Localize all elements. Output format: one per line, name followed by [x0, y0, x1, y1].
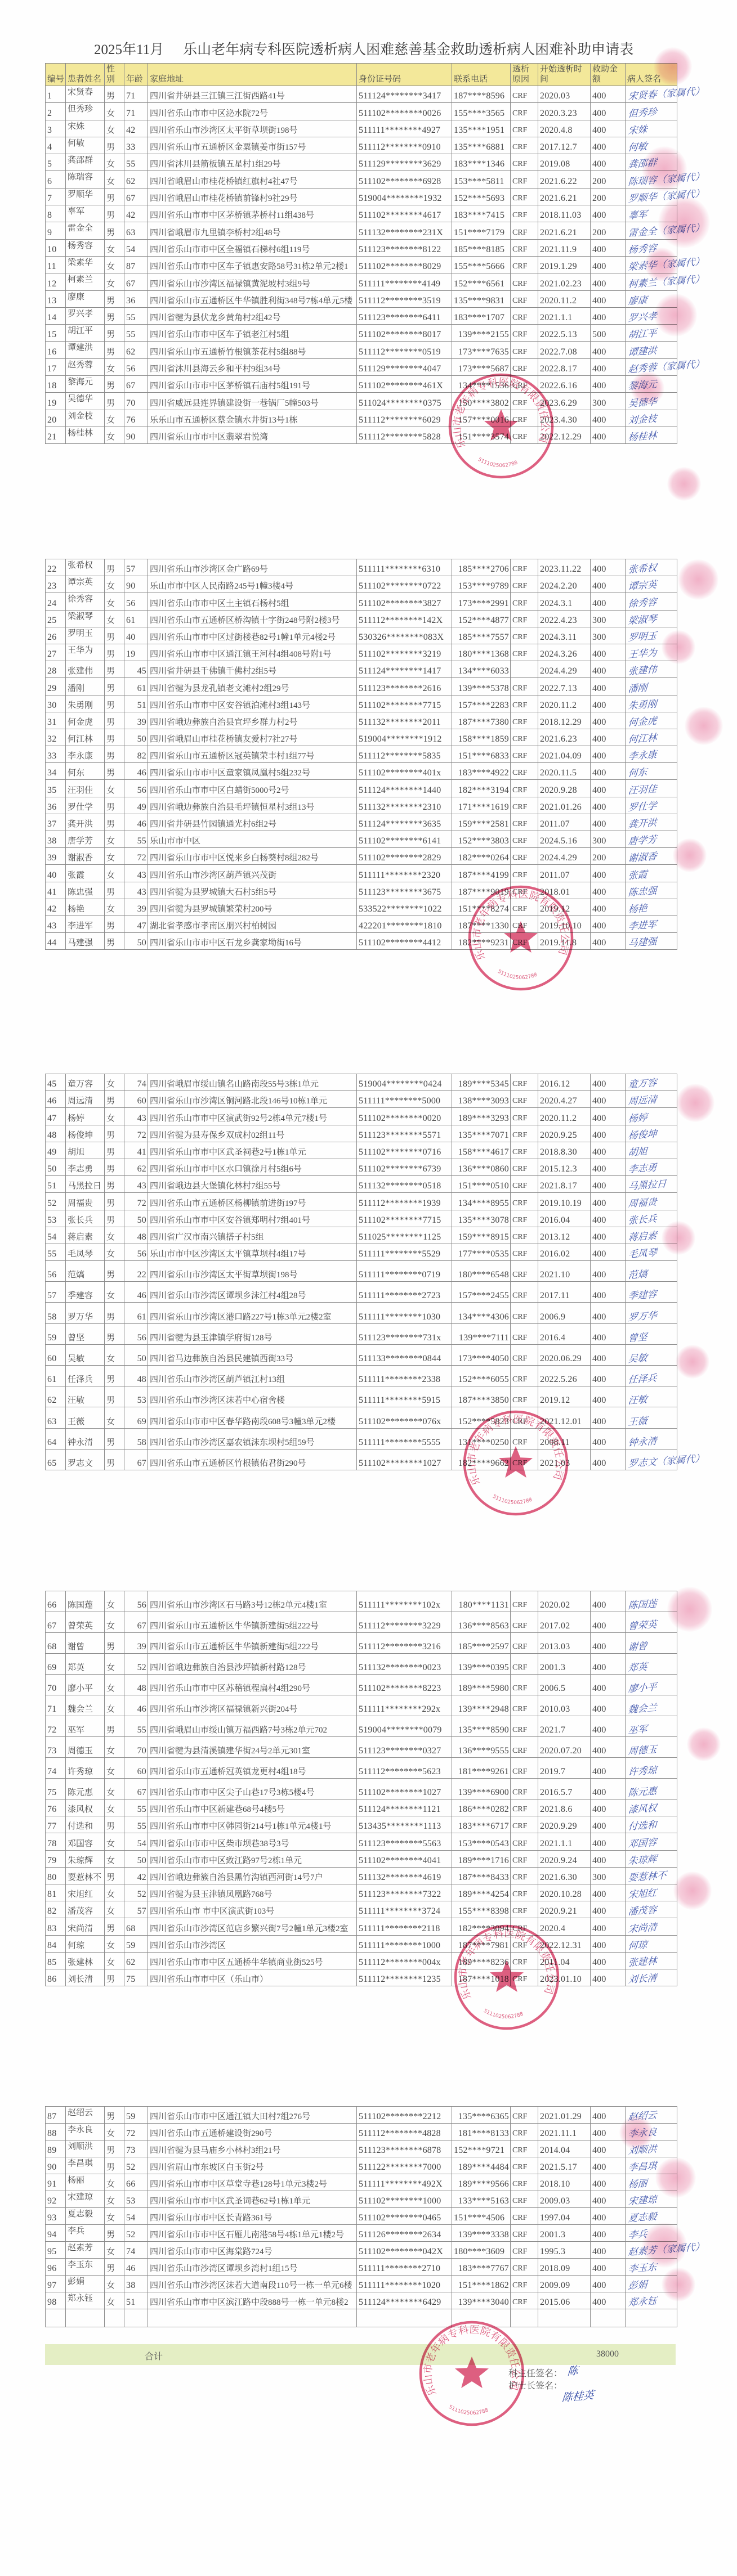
cell-aid-amount: 400: [591, 1344, 626, 1365]
handwritten-signature: 刘顺洪: [628, 2144, 657, 2156]
handwritten-signature: 辜军: [628, 210, 647, 221]
cell-dialysis-reason: CRF: [511, 1074, 538, 1091]
cell-phone: 159****8915: [452, 1227, 511, 1244]
cell-dialysis-reason: CRF: [511, 1244, 538, 1260]
cell-age: 33: [124, 137, 148, 154]
cell-dialysis-reason: CRF: [511, 627, 538, 644]
cell-dialysis-reason: CRF: [511, 2259, 538, 2276]
cell-patient-signature: 辜军: [626, 205, 677, 222]
cell-address: 四川省乐山市中区新建巷68号4楼5号: [148, 1799, 357, 1816]
cell-address: 四川省峨眉山市桂花桥镇前锋村9社29号: [148, 188, 357, 205]
cell-aid-amount: 400: [591, 239, 626, 256]
cell-aid-amount: 400: [591, 1428, 626, 1449]
cell-patient-signature: 雷金全（家属代）: [626, 222, 677, 239]
cell-id-number: 511111********0719: [357, 1261, 452, 1282]
cell-number: 97: [46, 2276, 66, 2292]
cell-gender: 男: [105, 188, 124, 205]
handwritten-signature: 李永康: [628, 751, 657, 762]
cell-start-date: 2023.4.30: [538, 410, 591, 427]
cell-age: 59: [124, 2107, 148, 2124]
cell-id-number: 511102********0465: [357, 2208, 452, 2225]
cell-dialysis-reason: CRF: [511, 1091, 538, 1108]
cell-aid-amount: 400: [591, 1323, 626, 1344]
cell-patient-signature: 龚开洪: [626, 814, 677, 831]
handwritten-signature: 汪羽佳: [628, 784, 657, 796]
cell-age: 74: [124, 1074, 148, 1091]
cell-start-date: 2017.02: [538, 1612, 591, 1633]
cell-gender: 男: [105, 307, 124, 324]
cell-address: 四川省乐山市五通桥冠英镇龙更村4组18号: [148, 1758, 357, 1779]
cell-address: 四川省乐山市市中区过街楼巷82号1幢1单元4楼2号: [148, 627, 357, 644]
svg-text:5111025062788: 5111025062788: [483, 2008, 524, 2020]
header-aid-amount: 救助金额: [591, 64, 626, 86]
cell-address: 四川省乐山市五通桥区冠英镇荣丰村1组77号: [148, 746, 357, 763]
cell-start-date: 2019.12: [538, 899, 591, 915]
cell-gender: 女: [105, 1695, 124, 1716]
cell-aid-amount: 400: [591, 1091, 626, 1108]
table-row: 53张长兵男50四川省乐山市市中区安谷镇郑明村7组401号511102*****…: [46, 1210, 677, 1227]
cell-aid-amount: 400: [591, 1108, 626, 1125]
cell-gender: 男: [105, 2225, 124, 2242]
cell-age: 56: [124, 593, 148, 610]
cell-start-date: 2011.04: [538, 1952, 591, 1969]
cell-phone: 150****3802: [452, 393, 511, 410]
cell-patient-name: 曾坚: [66, 1323, 105, 1344]
handwritten-signature: 李兵: [628, 2230, 647, 2240]
cell-start-date: 2021.5.17: [538, 2157, 591, 2174]
cell-patient-name: 胡江平: [66, 325, 105, 342]
cell-patient-name: 陈瑞容: [66, 171, 105, 188]
cell-id-number: 511111********3724: [357, 1901, 452, 1918]
cell-gender: 男: [105, 695, 124, 712]
cell-gender: 女: [105, 1282, 124, 1303]
handwritten-signature: 李永良: [628, 2128, 657, 2139]
handwritten-signature: 李玉东: [628, 2263, 657, 2274]
cell-start-date: 2018.01: [538, 882, 591, 899]
cell-dialysis-reason: CRF: [511, 120, 538, 137]
cell-patient-signature: 童万容: [626, 1074, 677, 1091]
cell-phone: 151****8274: [452, 899, 511, 915]
cell-patient-name: 朱勇刚: [66, 695, 105, 712]
cell-patient-signature: 梁淑琴: [626, 610, 677, 627]
cell-patient-name: 杨秀容: [66, 239, 105, 256]
cell-gender: 女: [105, 120, 124, 137]
cell-patient-signature: 梁素华（家属代）: [626, 256, 677, 273]
handwritten-signature: 宋尚清: [628, 1923, 657, 1934]
cell-dialysis-reason: CRF: [511, 1675, 538, 1695]
cell-phone: 153****5811: [452, 171, 511, 188]
cell-patient-signature: 宋旭红: [626, 1884, 677, 1901]
cell-number: 80: [46, 1867, 66, 1884]
cell-aid-amount: 300: [591, 831, 626, 848]
cell-patient-signature: 陈元惠: [626, 1779, 677, 1799]
cell-patient-name: 柯素兰: [66, 273, 105, 290]
cell-gender: 男: [105, 205, 124, 222]
cell-patient-name: 郑英: [66, 1654, 105, 1675]
cell-aid-amount: 400: [591, 1449, 626, 1470]
cell-gender: 女: [105, 1850, 124, 1867]
cell-patient-signature: 杨艳: [626, 899, 677, 915]
cell-phone: 187****8433: [452, 1867, 511, 1884]
cell-start-date: 2020.4.27: [538, 1091, 591, 1108]
cell-gender: 男: [105, 393, 124, 410]
cell-id-number: 511102********2212: [357, 2107, 452, 2124]
cell-aid-amount: 400: [591, 695, 626, 712]
cell-id-number: 511111********2723: [357, 1282, 452, 1303]
cell-dialysis-reason: CRF: [511, 307, 538, 324]
cell-address: 四川省乐山市市中区武圣词巷62号1栋1单元: [148, 2191, 357, 2208]
cell-start-date: 2017.11: [538, 1282, 591, 1303]
table-row: 5龚邵群女55四川省沐川县箭板镇五星村1组29号511129********36…: [46, 154, 677, 171]
table-row: 92宋建琼女53四川省乐山市市中区武圣词巷62号1栋1单元511102*****…: [46, 2191, 677, 2208]
cell-id-number: 511102********076x: [357, 1407, 452, 1428]
cell-dialysis-reason: CRF: [511, 1386, 538, 1407]
cell-phone: 139****2155: [452, 325, 511, 342]
cell-start-date: 1995.3: [538, 2242, 591, 2259]
cell-address: 四川省乐山市沙湾区铜河路北段146号10栋1单元: [148, 1091, 357, 1108]
cell-start-date: 2024.3.11: [538, 627, 591, 644]
cell-address: 四川省威远县连界镇建设街一巷锅厂5幢503号: [148, 393, 357, 410]
cell-patient-signature: 李昌琪: [626, 2157, 677, 2174]
cell-start-date: 2016.5.7: [538, 1779, 591, 1799]
cell-number: 31: [46, 712, 66, 729]
cell-gender: 女: [105, 831, 124, 848]
cell-patient-name: 邓国容: [66, 1833, 105, 1850]
cell-age: 39: [124, 899, 148, 915]
cell-number: 50: [46, 1159, 66, 1175]
table-row: 86刘长清男75四川省乐山市市中区（乐山市）511112********1235…: [46, 1969, 677, 1986]
cell-patient-name: 巫军: [66, 1716, 105, 1737]
cell-number: 44: [46, 933, 66, 950]
cell-address: 四川省乐山市沙湾区金广路69号: [148, 559, 357, 576]
table-row: 76漆风权女55四川省乐山市中区新建巷68号4楼5号511124********…: [46, 1799, 677, 1816]
cell-patient-name: 梁素华: [66, 256, 105, 273]
cell-address: 四川省犍为县清溪镇建华街24号2单元301室: [148, 1737, 357, 1758]
cell-phone: 136****0860: [452, 1159, 511, 1175]
cell-start-date: 2018.10: [538, 2174, 591, 2191]
cell-address: 四川省乐山市市中区通江镇大田村7组276号: [148, 2107, 357, 2124]
cell-id-number: 511102********042X: [357, 2242, 452, 2259]
cell-patient-name: 王华为: [66, 644, 105, 661]
cell-start-date: 2016.04: [538, 1210, 591, 1227]
cell-aid-amount: 400: [591, 1193, 626, 1210]
cell-aid-amount: 400: [591, 1816, 626, 1833]
cell-patient-name: 李昌琪: [66, 2157, 105, 2174]
cell-phone: 183****1346: [452, 154, 511, 171]
cell-start-date: 2021.6.21: [538, 188, 591, 205]
header-phone: 联系电话: [452, 64, 511, 86]
cell-phone: 182****3194: [452, 780, 511, 797]
handwritten-signature: 谭建洪: [628, 346, 657, 357]
cell-number: 91: [46, 2174, 66, 2191]
cell-patient-signature: 周福贵: [626, 1193, 677, 1210]
cell-address: 四川省乐山市市中区草堂寺巷128号1单元3楼2号: [148, 2174, 357, 2191]
cell-aid-amount: 400: [591, 1716, 626, 1737]
handwritten-signature: 杨艳: [628, 904, 647, 914]
cell-number: 11: [46, 256, 66, 273]
handwritten-signature: 罗仕学: [628, 801, 657, 813]
cell-patient-name: 谢淑香: [66, 848, 105, 865]
cell-address: 四川省井研县千佛镇千佛村2组5号: [148, 661, 357, 678]
cell-patient-signature: 刘长清: [626, 1969, 677, 1986]
cell-aid-amount: 400: [591, 1366, 626, 1386]
cell-dialysis-reason: CRF: [511, 1227, 538, 1244]
cell-dialysis-reason: CRF: [511, 427, 538, 443]
cell-patient-signature: 宋姝: [626, 120, 677, 137]
table-row: 25梁淑琴女61四川省乐山市五通桥区桥沟镇十字街248号附2楼3号511112*…: [46, 610, 677, 627]
cell-address: 四川省马边彝族自治县民建镇西街33号: [148, 1344, 357, 1365]
cell-start-date: 2021.6.30: [538, 1867, 591, 1884]
cell-id-number: 511132********4619: [357, 1867, 452, 1884]
cell-address: 四川省乐山市市中区石雁儿南港58号4栋1单元1楼2号: [148, 2225, 357, 2242]
cell-aid-amount: 400: [591, 899, 626, 915]
seal-code: 5111025062788: [448, 2404, 489, 2416]
table-row: 21杨桂林女90四川省乐山市市中区翡翠君悦湾511112********5828…: [46, 427, 677, 443]
cell-phone: 177****0535: [452, 1244, 511, 1260]
cell-id-number: 511112********5835: [357, 746, 452, 763]
handwritten-signature: 廖康: [628, 295, 647, 306]
cell-patient-name: 罗兴孝: [66, 307, 105, 324]
cell-phone: 152****4877: [452, 610, 511, 627]
cell-address: 四川省沐川县海云乡和平村9组34号: [148, 358, 357, 375]
cell-start-date: 2022.8.17: [538, 358, 591, 375]
table-row: 70廖小平女48四川省乐山市市中区苏稽镇程扁村4组290号511102*****…: [46, 1675, 677, 1695]
cell-number: 82: [46, 1901, 66, 1918]
cell-phone: 181****8133: [452, 2124, 511, 2140]
cell-address: 四川省乐山市沙湾区沫若中心宿舍楼: [148, 1386, 357, 1407]
table-row: 14罗兴孝男55四川省犍为县伏龙乡黄角村2组42号511123********6…: [46, 307, 677, 324]
cell-patient-name: 夏志毅: [66, 2208, 105, 2225]
cell-gender: 女: [105, 1407, 124, 1428]
cell-dialysis-reason: CRF: [511, 376, 538, 393]
cell-dialysis-reason: CRF: [511, 814, 538, 831]
cell-aid-amount: 400: [591, 559, 626, 576]
cell-address: 四川省乐山市 市中区演武街103号: [148, 1901, 357, 1918]
cell-number: 24: [46, 593, 66, 610]
cell-start-date: 2019.08: [538, 154, 591, 171]
cell-address: 四川省犍为县玉津镇学府街128号: [148, 1323, 357, 1344]
cell-aid-amount: 400: [591, 1612, 626, 1633]
cell-patient-name: 陈国莲: [66, 1591, 105, 1612]
cell-phone: 183****4922: [452, 763, 511, 780]
cell-number: 71: [46, 1695, 66, 1716]
cell-patient-name: 罗志文: [66, 1449, 105, 1470]
cell-patient-name: 周远清: [66, 1091, 105, 1108]
cell-id-number: 511111********2338: [357, 1366, 452, 1386]
cell-patient-signature: 李进军: [626, 915, 677, 932]
applicant-table-page-3: 45童万容女74四川省峨眉市绥山镇名山路南段55号3栋1单元519004****…: [45, 1074, 677, 1470]
cell-phone: 189****4484: [452, 2157, 511, 2174]
cell-id-number: 511124********1440: [357, 780, 452, 797]
cell-start-date: 2023.11.22: [538, 559, 591, 576]
cell-aid-amount: 400: [591, 915, 626, 932]
cell-start-date: 2022.4.23: [538, 610, 591, 627]
cell-aid-amount: 400: [591, 1779, 626, 1799]
cell-patient-signature: 李志勇: [626, 1159, 677, 1175]
cell-age: 70: [124, 1737, 148, 1758]
cell-dialysis-reason: [511, 661, 538, 678]
cell-address: 四川省乐山市五通桥区牛华镇新建街5组222号: [148, 1633, 357, 1654]
cell-patient-signature: 宋建琼: [626, 2191, 677, 2208]
table-row: 36罗仕学男49四川省峨边彝族自治县毛坪镇恒星村3组13号511132*****…: [46, 797, 677, 814]
cell-number: 95: [46, 2242, 66, 2259]
cell-dialysis-reason: CRF: [511, 1867, 538, 1884]
handwritten-signature: 赵秀蓉（家属代）: [628, 360, 705, 374]
cell-patient-name: 付选和: [66, 1816, 105, 1833]
cell-gender: 男: [105, 1210, 124, 1227]
table-row: 29潘刚男61四川省犍为县龙孔镇老文滩村2组29号511123********2…: [46, 678, 677, 695]
cell-patient-signature: 曾坚: [626, 1323, 677, 1344]
cell-age: 46: [124, 2259, 148, 2276]
handwritten-signature: 陈忠强: [628, 886, 657, 897]
cell-start-date: 2021.11.1: [538, 2124, 591, 2140]
cell-patient-name: 胡旭: [66, 1142, 105, 1159]
cell-phone: 157****2455: [452, 1282, 511, 1303]
cell-id-number: 511112********1939: [357, 1193, 452, 1210]
cell-phone: 183****7415: [452, 205, 511, 222]
cell-age: 58: [124, 1428, 148, 1449]
cell-start-date: 2009.03: [538, 2191, 591, 2208]
empty-cell: [66, 2309, 105, 2327]
cell-patient-name: 朱琼辉: [66, 1850, 105, 1867]
cell-gender: 男: [105, 712, 124, 729]
cell-dialysis-reason: CRF: [511, 1142, 538, 1159]
cell-patient-signature: 罗兴孝: [626, 307, 677, 324]
cell-aid-amount: 400: [591, 154, 626, 171]
cell-id-number: 511112********004x: [357, 1952, 452, 1969]
cell-aid-amount: 400: [591, 661, 626, 678]
cell-patient-name: 何金虎: [66, 712, 105, 729]
cell-patient-name: 杨艳: [66, 899, 105, 915]
cell-start-date: 2021.10: [538, 1261, 591, 1282]
handwritten-signature: 何东: [628, 768, 647, 778]
cell-aid-amount: 400: [591, 763, 626, 780]
cell-gender: 女: [105, 2191, 124, 2208]
cell-patient-signature: 何琼: [626, 1935, 677, 1952]
handwritten-signature: 曾荣英: [628, 1620, 657, 1631]
handwritten-signature: 谢曾: [628, 1642, 647, 1652]
cell-aid-amount: 400: [591, 2208, 626, 2225]
cell-id-number: 511102********1027: [357, 1449, 452, 1470]
cell-start-date: 2020.9.25: [538, 1125, 591, 1142]
cell-aid-amount: 300: [591, 610, 626, 627]
cell-aid-amount: 400: [591, 1633, 626, 1654]
cell-age: 55: [124, 831, 148, 848]
handwritten-signature: 耍惹林不: [628, 1871, 667, 1883]
cell-dialysis-reason: CRF: [511, 1816, 538, 1833]
cell-start-date: 2015.12.3: [538, 1159, 591, 1175]
cell-age: 67: [124, 1449, 148, 1470]
cell-number: 75: [46, 1779, 66, 1799]
cell-number: 74: [46, 1758, 66, 1779]
cell-id-number: 511112********4828: [357, 2124, 452, 2140]
cell-number: 92: [46, 2191, 66, 2208]
cell-gender: 女: [105, 1654, 124, 1675]
table-row: 59曾坚男56四川省犍为县玉津镇学府街128号511123********731…: [46, 1323, 677, 1344]
cell-dialysis-reason: CRF: [511, 290, 538, 307]
cell-gender: 女: [105, 1901, 124, 1918]
cell-gender: 女: [105, 1758, 124, 1779]
cell-id-number: 511132********2011: [357, 712, 452, 729]
cell-age: 48: [124, 1227, 148, 1244]
cell-patient-signature: 郑永钰: [626, 2292, 677, 2309]
cell-age: 66: [124, 2174, 148, 2191]
cell-gender: 女: [105, 1799, 124, 1816]
cell-aid-amount: 400: [591, 729, 626, 746]
table-row: 16谭建洪男62四川省乐山市五通桥竹根镇茶花村5组88号511112******…: [46, 342, 677, 358]
cell-number: 96: [46, 2259, 66, 2276]
handwritten-signature: 曾坚: [628, 1332, 647, 1343]
table-row: 57季建容女46四川省乐山市沙湾区谭坝乡沫江村4组28号511111******…: [46, 1282, 677, 1303]
cell-patient-signature: 谭建洪: [626, 342, 677, 358]
cell-aid-amount: 400: [591, 797, 626, 814]
total-amount: 38000: [596, 2349, 619, 2359]
cell-start-date: 2013.12: [538, 1227, 591, 1244]
cell-address: 四川省峨眉市九里镇李桥村2组48号: [148, 222, 357, 239]
cell-patient-signature: 罗志文（家属代）: [626, 1449, 677, 1470]
cell-number: 46: [46, 1091, 66, 1108]
cell-number: 67: [46, 1612, 66, 1633]
cell-gender: 女: [105, 593, 124, 610]
table-row: 24徐秀容女56四川省乐山市市中区土主镇石杨村5组511102********3…: [46, 593, 677, 610]
cell-dialysis-reason: CRF: [511, 1612, 538, 1633]
cell-patient-name: 耍惹林不: [66, 1867, 105, 1884]
handwritten-signature: 宋贤春（家属代）: [628, 87, 705, 102]
cell-start-date: 2015.06: [538, 2292, 591, 2309]
cell-gender: 男: [105, 376, 124, 393]
cell-start-date: 2022.12.29: [538, 427, 591, 443]
cell-address: 湖北省孝感市孝南区朋兴村柏树园: [148, 915, 357, 932]
table-row: 63王薇女69四川省乐山市市中区春华路南段608号3幢3单元2楼511102**…: [46, 1407, 677, 1428]
cell-age: 68: [124, 1918, 148, 1935]
handwritten-signature: 朱琼辉: [628, 1855, 657, 1866]
cell-start-date: 2020.4.8: [538, 120, 591, 137]
handwritten-signature: 邓国容: [628, 1838, 657, 1849]
cell-aid-amount: 400: [591, 2157, 626, 2174]
cell-address: 四川省乐山市市中区水口镇徐月村5组6号: [148, 1159, 357, 1175]
cell-phone: 189****5980: [452, 1675, 511, 1695]
cell-id-number: 511129********4047: [357, 358, 452, 375]
cell-phone: 153****9789: [452, 576, 511, 593]
cell-patient-signature: 吴德华: [626, 393, 677, 410]
cell-gender: 男: [105, 1176, 124, 1193]
cell-number: 12: [46, 273, 66, 290]
cell-patient-signature: 罗万华: [626, 1303, 677, 1323]
cell-aid-amount: 400: [591, 1386, 626, 1407]
cell-address: 四川省犍为县马庙乡小林村3组21号: [148, 2140, 357, 2157]
table-row: 1宋贤春男71四川省井研县三江镇三江街西路41号511124********34…: [46, 86, 677, 103]
cell-aid-amount: 400: [591, 1244, 626, 1260]
cell-gender: 男: [105, 222, 124, 239]
cell-number: 86: [46, 1969, 66, 1986]
handwritten-signature: 宋建琼: [628, 2195, 657, 2206]
cell-patient-signature: 谢曾: [626, 1633, 677, 1654]
table-row: 11梁素华女87四川省乐山市市中区车子镇惠安路58号31栋2单元2楼151110…: [46, 256, 677, 273]
cell-gender: 男: [105, 1366, 124, 1386]
cell-patient-signature: 王华为: [626, 644, 677, 661]
cell-number: 79: [46, 1850, 66, 1867]
cell-patient-signature: 许秀琼: [626, 1758, 677, 1779]
cell-dialysis-reason: CRF: [511, 729, 538, 746]
cell-number: 42: [46, 899, 66, 915]
cell-address: 四川省乐山市沙湾区石马路3号12栋2单元4楼1室: [148, 1591, 357, 1612]
cell-age: 62: [124, 1159, 148, 1175]
cell-patient-name: 汪羽佳: [66, 780, 105, 797]
cell-gender: 男: [105, 1323, 124, 1344]
cell-aid-amount: 400: [591, 1969, 626, 1986]
cell-patient-name: 赵秀蓉: [66, 358, 105, 375]
cell-number: 34: [46, 763, 66, 780]
